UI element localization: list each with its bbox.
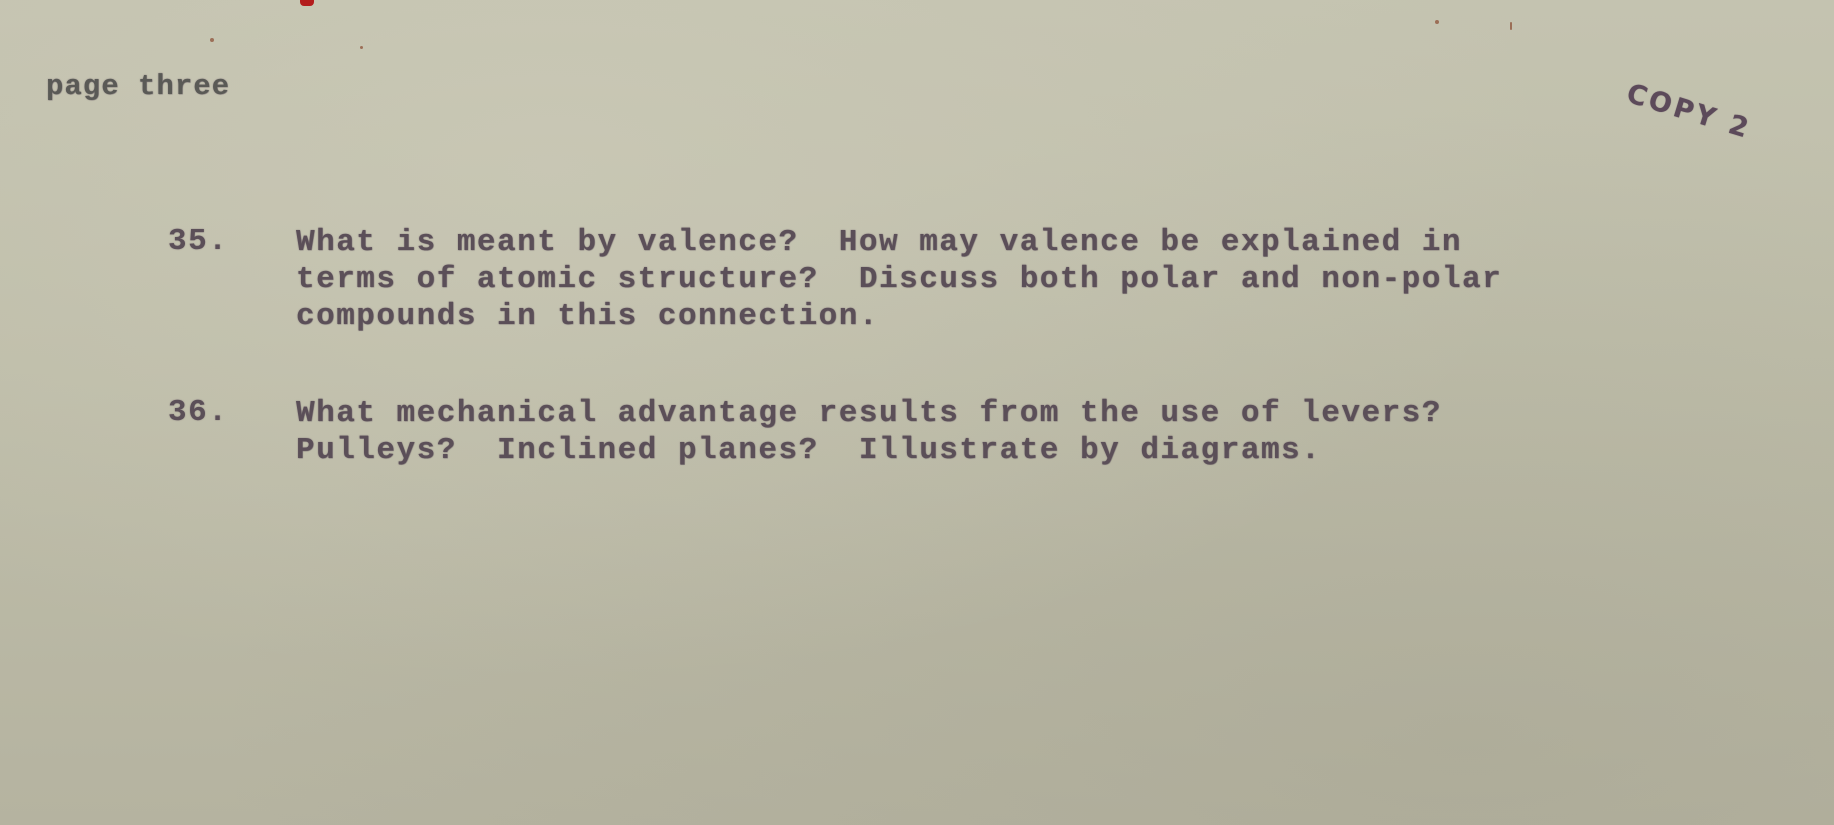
ink-speck: [1435, 20, 1439, 24]
question-line: terms of atomic structure? Discuss both …: [296, 261, 1502, 298]
page-label: page three: [46, 70, 230, 103]
question-text: What is meant by valence? How may valenc…: [296, 224, 1502, 335]
ink-speck: [210, 38, 214, 42]
question-36: 36. What mechanical advantage results fr…: [168, 395, 1442, 469]
question-line: Pulleys? Inclined planes? Illustrate by …: [296, 432, 1442, 469]
red-ink-mark: [300, 0, 314, 6]
question-line: What mechanical advantage results from t…: [296, 395, 1442, 432]
ink-speck: [360, 46, 363, 49]
question-35: 35. What is meant by valence? How may va…: [168, 224, 1502, 335]
copy-stamp: COPY 2: [1623, 78, 1755, 145]
question-text: What mechanical advantage results from t…: [296, 395, 1442, 469]
ink-speck: [1510, 22, 1512, 30]
question-number: 35.: [168, 224, 296, 335]
question-line: What is meant by valence? How may valenc…: [296, 224, 1502, 261]
question-number: 36.: [168, 395, 296, 469]
question-line: compounds in this connection.: [296, 298, 1502, 335]
